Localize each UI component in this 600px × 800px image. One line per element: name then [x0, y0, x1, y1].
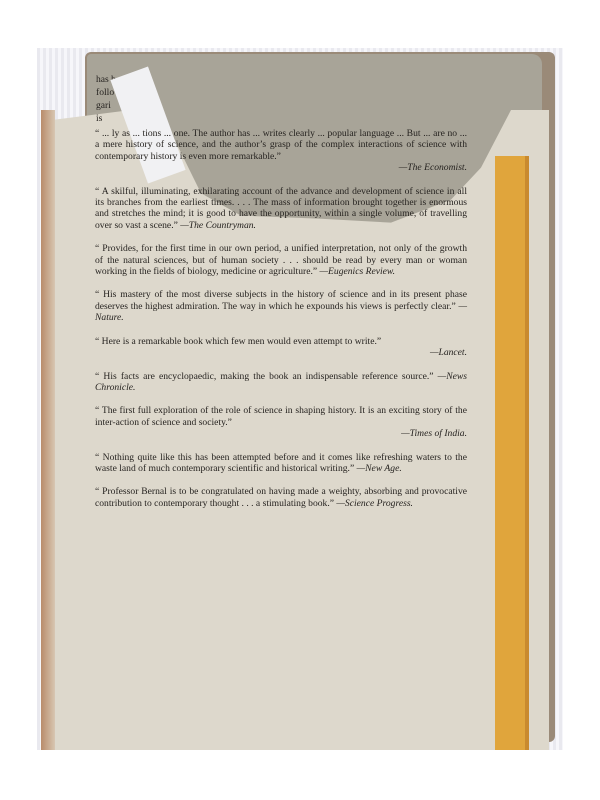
quote-source: —Times of India. [95, 428, 467, 439]
quote-source: —New Age. [357, 463, 402, 474]
review-quote: “ Provides, for the first time in our ow… [95, 243, 467, 277]
orange-spine [495, 156, 529, 750]
review-quotes: “ ... ly as ... tions ... one. The autho… [95, 128, 467, 521]
quote-source: —The Countryman. [180, 220, 256, 231]
quote-source: —The Economist. [95, 162, 467, 173]
quote-text: “ Provides, for the first time in our ow… [95, 243, 467, 277]
partial-line: is [96, 112, 116, 125]
partial-line: gari [96, 99, 116, 112]
jacket-worn-edge [41, 110, 55, 750]
quote-text: “ His mastery of the most diverse subjec… [95, 289, 467, 311]
quote-text: “ The first full exploration of the role… [95, 405, 467, 427]
quote-source: —Science Progress. [336, 498, 413, 509]
review-quote: “ Nothing quite like this has been attem… [95, 452, 467, 475]
review-quote: “ A skilful, illuminating, exhilarating … [95, 186, 467, 232]
quote-text: “ His facts are encyclopaedic, making th… [95, 371, 438, 382]
quote-text: “ Here is a remarkable book which few me… [95, 336, 381, 347]
quote-source: —Lancet. [95, 347, 467, 358]
review-quote: “ Here is a remarkable book which few me… [95, 336, 467, 359]
review-quote: “ ... ly as ... tions ... one. The autho… [95, 128, 467, 174]
quote-text: “ ... ly as ... tions ... one. The autho… [95, 128, 467, 162]
quote-text: “ Nothing quite like this has been attem… [95, 452, 467, 474]
quote-source: —Eugenics Review. [320, 266, 395, 277]
review-quote: “ The first full exploration of the role… [95, 405, 467, 439]
quote-text: “ A skilful, illuminating, exhilarating … [95, 186, 467, 231]
review-quote: “ His facts are encyclopaedic, making th… [95, 371, 467, 394]
review-quote: “ Professor Bernal is to be congratulate… [95, 486, 467, 509]
review-quote: “ His mastery of the most diverse subjec… [95, 289, 467, 323]
